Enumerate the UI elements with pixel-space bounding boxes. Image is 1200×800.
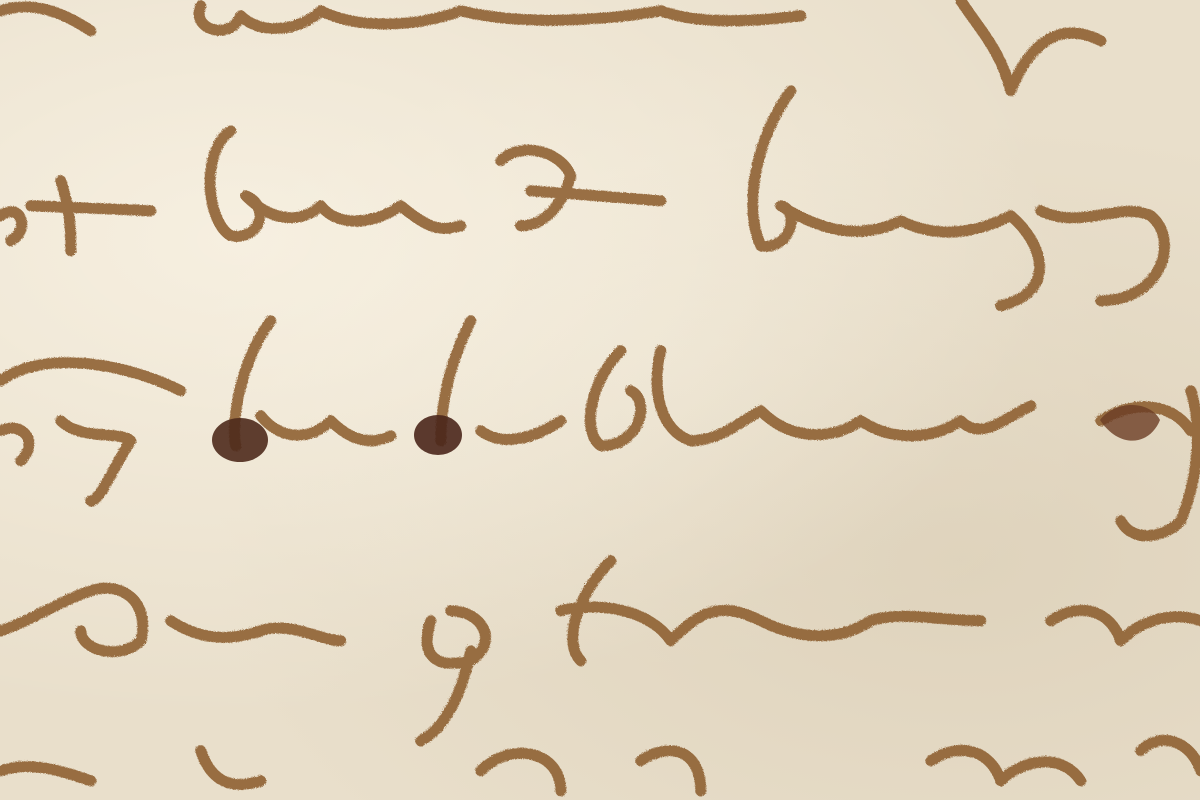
handwriting-strokes xyxy=(0,0,1200,800)
manuscript-photo: Close-up of cursive handwriting in brown… xyxy=(0,0,1200,800)
ink-blot xyxy=(414,415,462,455)
ink-blot xyxy=(212,418,268,462)
